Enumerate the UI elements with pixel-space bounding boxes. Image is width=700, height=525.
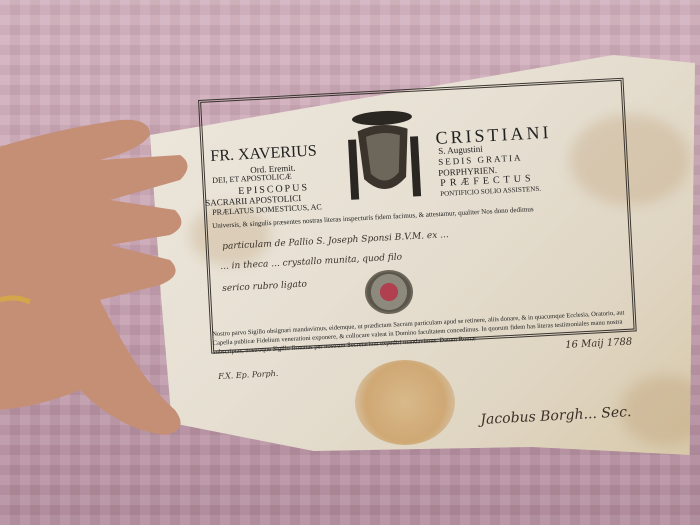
coat-of-arms-icon (342, 106, 425, 208)
paper-stain (620, 375, 700, 445)
embossed-paper-seal (355, 360, 455, 445)
red-wax-seal (365, 270, 413, 314)
hand-image (0, 110, 200, 440)
